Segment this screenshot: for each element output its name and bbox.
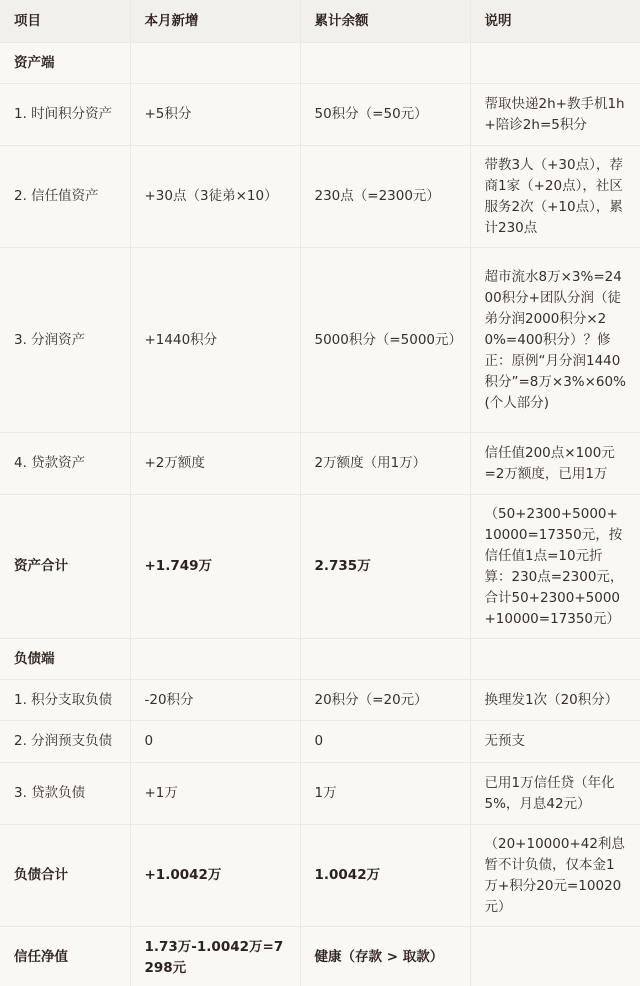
table-row: 1. 时间积分资产 +5积分 50积分（=50元） 帮取快递2h+教手机1h+陪… — [0, 84, 640, 146]
monthly-new: +2万额度 — [130, 433, 300, 495]
description: 帮取快递2h+教手机1h+陪诊2h=5积分 — [470, 84, 640, 146]
net-value-formula: 1.73万-1.0042万=7298元 — [130, 927, 300, 986]
monthly-new: 0 — [130, 721, 300, 763]
balance-sheet-table: 项目 本月新增 累计余额 说明 资产端 1. 时间积分资产 +5积分 50积分（… — [0, 0, 640, 986]
cell-empty — [470, 43, 640, 84]
total-monthly-new: +1.749万 — [130, 495, 300, 639]
description: （50+2300+5000+10000=17350元，按信任值1点=10元折算：… — [470, 495, 640, 639]
description: 无预支 — [470, 721, 640, 763]
header-row: 项目 本月新增 累计余额 说明 — [0, 0, 640, 43]
total-row-assets: 资产合计 +1.749万 2.735万 （50+2300+5000+10000=… — [0, 495, 640, 639]
cumulative-balance: 50积分（=50元） — [300, 84, 470, 146]
cumulative-balance: 0 — [300, 721, 470, 763]
monthly-new: -20积分 — [130, 680, 300, 721]
section-label: 资产端 — [0, 43, 130, 84]
description: 已用1万信任贷（年化5%，月息42元） — [470, 763, 640, 825]
table-row: 2. 分润预支负债 0 0 无预支 — [0, 721, 640, 763]
description: （20+10000+42利息暂不计负债，仅本金1万+积分20元=10020元） — [470, 825, 640, 927]
item-name: 1. 时间积分资产 — [0, 84, 130, 146]
total-cumulative-balance: 1.0042万 — [300, 825, 470, 927]
total-cumulative-balance: 2.735万 — [300, 495, 470, 639]
cumulative-balance: 2万额度（用1万） — [300, 433, 470, 495]
total-label: 资产合计 — [0, 495, 130, 639]
cell-empty — [130, 639, 300, 680]
cell-empty — [300, 43, 470, 84]
description: 带教3人（+30点），荐商1家（+20点），社区服务2次（+10点），累计230… — [470, 146, 640, 248]
total-row-net-trust-value: 信任净值 1.73万-1.0042万=7298元 健康（存款 > 取款） — [0, 927, 640, 986]
section-row-assets: 资产端 — [0, 43, 640, 84]
cell-empty — [300, 639, 470, 680]
monthly-new: +1万 — [130, 763, 300, 825]
table-row: 1. 积分支取负债 -20积分 20积分（=20元） 换理发1次（20积分） — [0, 680, 640, 721]
cumulative-balance: 5000积分（=5000元） — [300, 248, 470, 433]
header-description: 说明 — [470, 0, 640, 43]
table-row: 2. 信任值资产 +30点（3徒弟×10） 230点（=2300元） 带教3人（… — [0, 146, 640, 248]
description: 超市流水8万×3%=2400积分+团队分润（徒弟分润2000积分×20%=400… — [470, 248, 640, 433]
monthly-new: +1440积分 — [130, 248, 300, 433]
cumulative-balance: 20积分（=20元） — [300, 680, 470, 721]
cell-empty — [470, 639, 640, 680]
item-name: 1. 积分支取负债 — [0, 680, 130, 721]
description: 换理发1次（20积分） — [470, 680, 640, 721]
item-name: 2. 信任值资产 — [0, 146, 130, 248]
cell-empty — [130, 43, 300, 84]
item-name: 2. 分润预支负债 — [0, 721, 130, 763]
total-label: 信任净值 — [0, 927, 130, 986]
section-label: 负债端 — [0, 639, 130, 680]
description: 信任值200点×100元=2万额度，已用1万 — [470, 433, 640, 495]
item-name: 3. 贷款负债 — [0, 763, 130, 825]
total-row-liabilities: 负债合计 +1.0042万 1.0042万 （20+10000+42利息暂不计负… — [0, 825, 640, 927]
total-label: 负债合计 — [0, 825, 130, 927]
cell-empty — [470, 927, 640, 986]
item-name: 3. 分润资产 — [0, 248, 130, 433]
section-row-liabilities: 负债端 — [0, 639, 640, 680]
table-row: 4. 贷款资产 +2万额度 2万额度（用1万） 信任值200点×100元=2万额… — [0, 433, 640, 495]
header-cumulative-balance: 累计余额 — [300, 0, 470, 43]
health-status: 健康（存款 > 取款） — [300, 927, 470, 986]
item-name: 4. 贷款资产 — [0, 433, 130, 495]
header-monthly-new: 本月新增 — [130, 0, 300, 43]
header-item: 项目 — [0, 0, 130, 43]
cumulative-balance: 230点（=2300元） — [300, 146, 470, 248]
monthly-new: +30点（3徒弟×10） — [130, 146, 300, 248]
table-row: 3. 贷款负债 +1万 1万 已用1万信任贷（年化5%，月息42元） — [0, 763, 640, 825]
total-monthly-new: +1.0042万 — [130, 825, 300, 927]
cumulative-balance: 1万 — [300, 763, 470, 825]
table-row: 3. 分润资产 +1440积分 5000积分（=5000元） 超市流水8万×3%… — [0, 248, 640, 433]
monthly-new: +5积分 — [130, 84, 300, 146]
